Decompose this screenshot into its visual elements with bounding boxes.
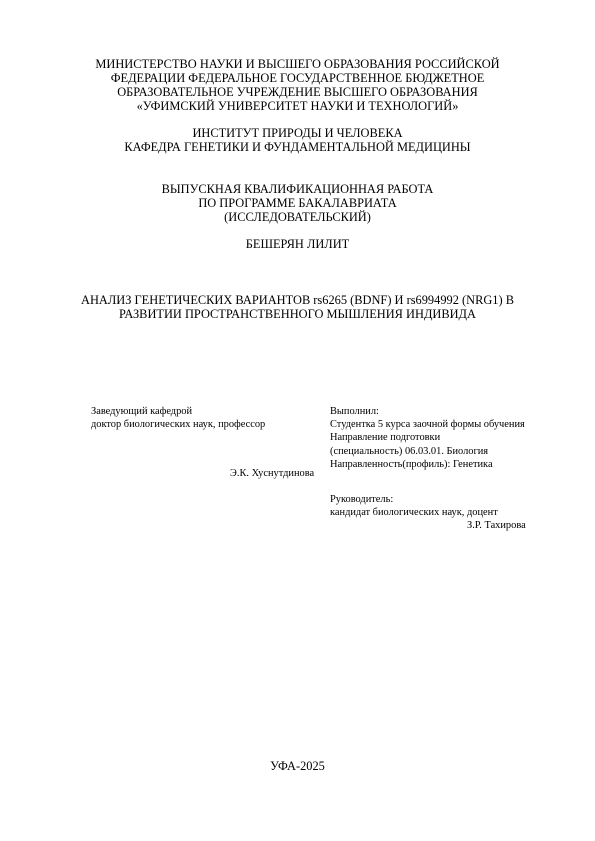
performer-specialty: (специальность) 06.03.01. Биология <box>330 445 525 458</box>
head-of-department-name: Э.К. Хуснутдинова <box>230 467 314 480</box>
performer-block: Выполнил: Студентка 5 курса заочной форм… <box>330 405 525 471</box>
title-line: РАЗВИТИИ ПРОСТРАНСТВЕННОГО МЫШЛЕНИЯ ИНДИ… <box>0 307 595 321</box>
head-of-department-label: Заведующий кафедрой <box>91 405 265 418</box>
title-line: АНАЛИЗ ГЕНЕТИЧЕСКИХ ВАРИАНТОВ rs6265 (BD… <box>0 293 595 307</box>
head-of-department-block: Заведующий кафедрой доктор биологических… <box>91 405 265 431</box>
author-name: БЕШЕРЯН ЛИЛИТ <box>0 237 595 251</box>
city-year-text: УФА-2025 <box>0 759 595 773</box>
supervisor-label: Руководитель: <box>330 493 498 506</box>
supervisor-name: З.Р. Тахирова <box>467 519 526 532</box>
department-name: КАФЕДРА ГЕНЕТИКИ И ФУНДАМЕНТАЛЬНОЙ МЕДИЦ… <box>0 140 595 154</box>
institute-name: ИНСТИТУТ ПРИРОДЫ И ЧЕЛОВЕКА <box>0 126 595 140</box>
header-line: ОБРАЗОВАТЕЛЬНОЕ УЧРЕЖДЕНИЕ ВЫСШЕГО ОБРАЗ… <box>0 85 595 99</box>
performer-profile: Направленность(профиль): Генетика <box>330 458 525 471</box>
supervisor-signature: З.Р. Тахирова <box>467 519 526 532</box>
city-year: УФА-2025 <box>0 759 595 773</box>
header-line: ФЕДЕРАЦИИ ФЕДЕРАЛЬНОЕ ГОСУДАРСТВЕННОЕ БЮ… <box>0 71 595 85</box>
ministry-header: МИНИСТЕРСТВО НАУКИ И ВЫСШЕГО ОБРАЗОВАНИЯ… <box>0 57 595 113</box>
head-of-department-signature: Э.К. Хуснутдинова <box>230 467 314 480</box>
supervisor-degree: кандидат биологических наук, доцент <box>330 506 498 519</box>
work-type: ВЫПУСКНАЯ КВАЛИФИКАЦИОННАЯ РАБОТА ПО ПРО… <box>0 182 595 224</box>
work-type-line: ПО ПРОГРАММЕ БАКАЛАВРИАТА <box>0 196 595 210</box>
document-page: МИНИСТЕРСТВО НАУКИ И ВЫСШЕГО ОБРАЗОВАНИЯ… <box>0 0 595 841</box>
header-line: «УФИМСКИЙ УНИВЕРСИТЕТ НАУКИ И ТЕХНОЛОГИЙ… <box>0 99 595 113</box>
performer-label: Выполнил: <box>330 405 525 418</box>
thesis-title: АНАЛИЗ ГЕНЕТИЧЕСКИХ ВАРИАНТОВ rs6265 (BD… <box>0 293 595 321</box>
work-type-line: ВЫПУСКНАЯ КВАЛИФИКАЦИОННАЯ РАБОТА <box>0 182 595 196</box>
performer-course: Студентка 5 курса заочной формы обучения <box>330 418 525 431</box>
header-line: МИНИСТЕРСТВО НАУКИ И ВЫСШЕГО ОБРАЗОВАНИЯ… <box>0 57 595 71</box>
supervisor-block: Руководитель: кандидат биологических нау… <box>330 493 498 519</box>
work-type-line: (ИССЛЕДОВАТЕЛЬСКИЙ) <box>0 210 595 224</box>
performer-direction: Направление подготовки <box>330 431 525 444</box>
author: БЕШЕРЯН ЛИЛИТ <box>0 237 595 251</box>
institute-department: ИНСТИТУТ ПРИРОДЫ И ЧЕЛОВЕКА КАФЕДРА ГЕНЕ… <box>0 126 595 154</box>
head-of-department-degree: доктор биологических наук, профессор <box>91 418 265 431</box>
